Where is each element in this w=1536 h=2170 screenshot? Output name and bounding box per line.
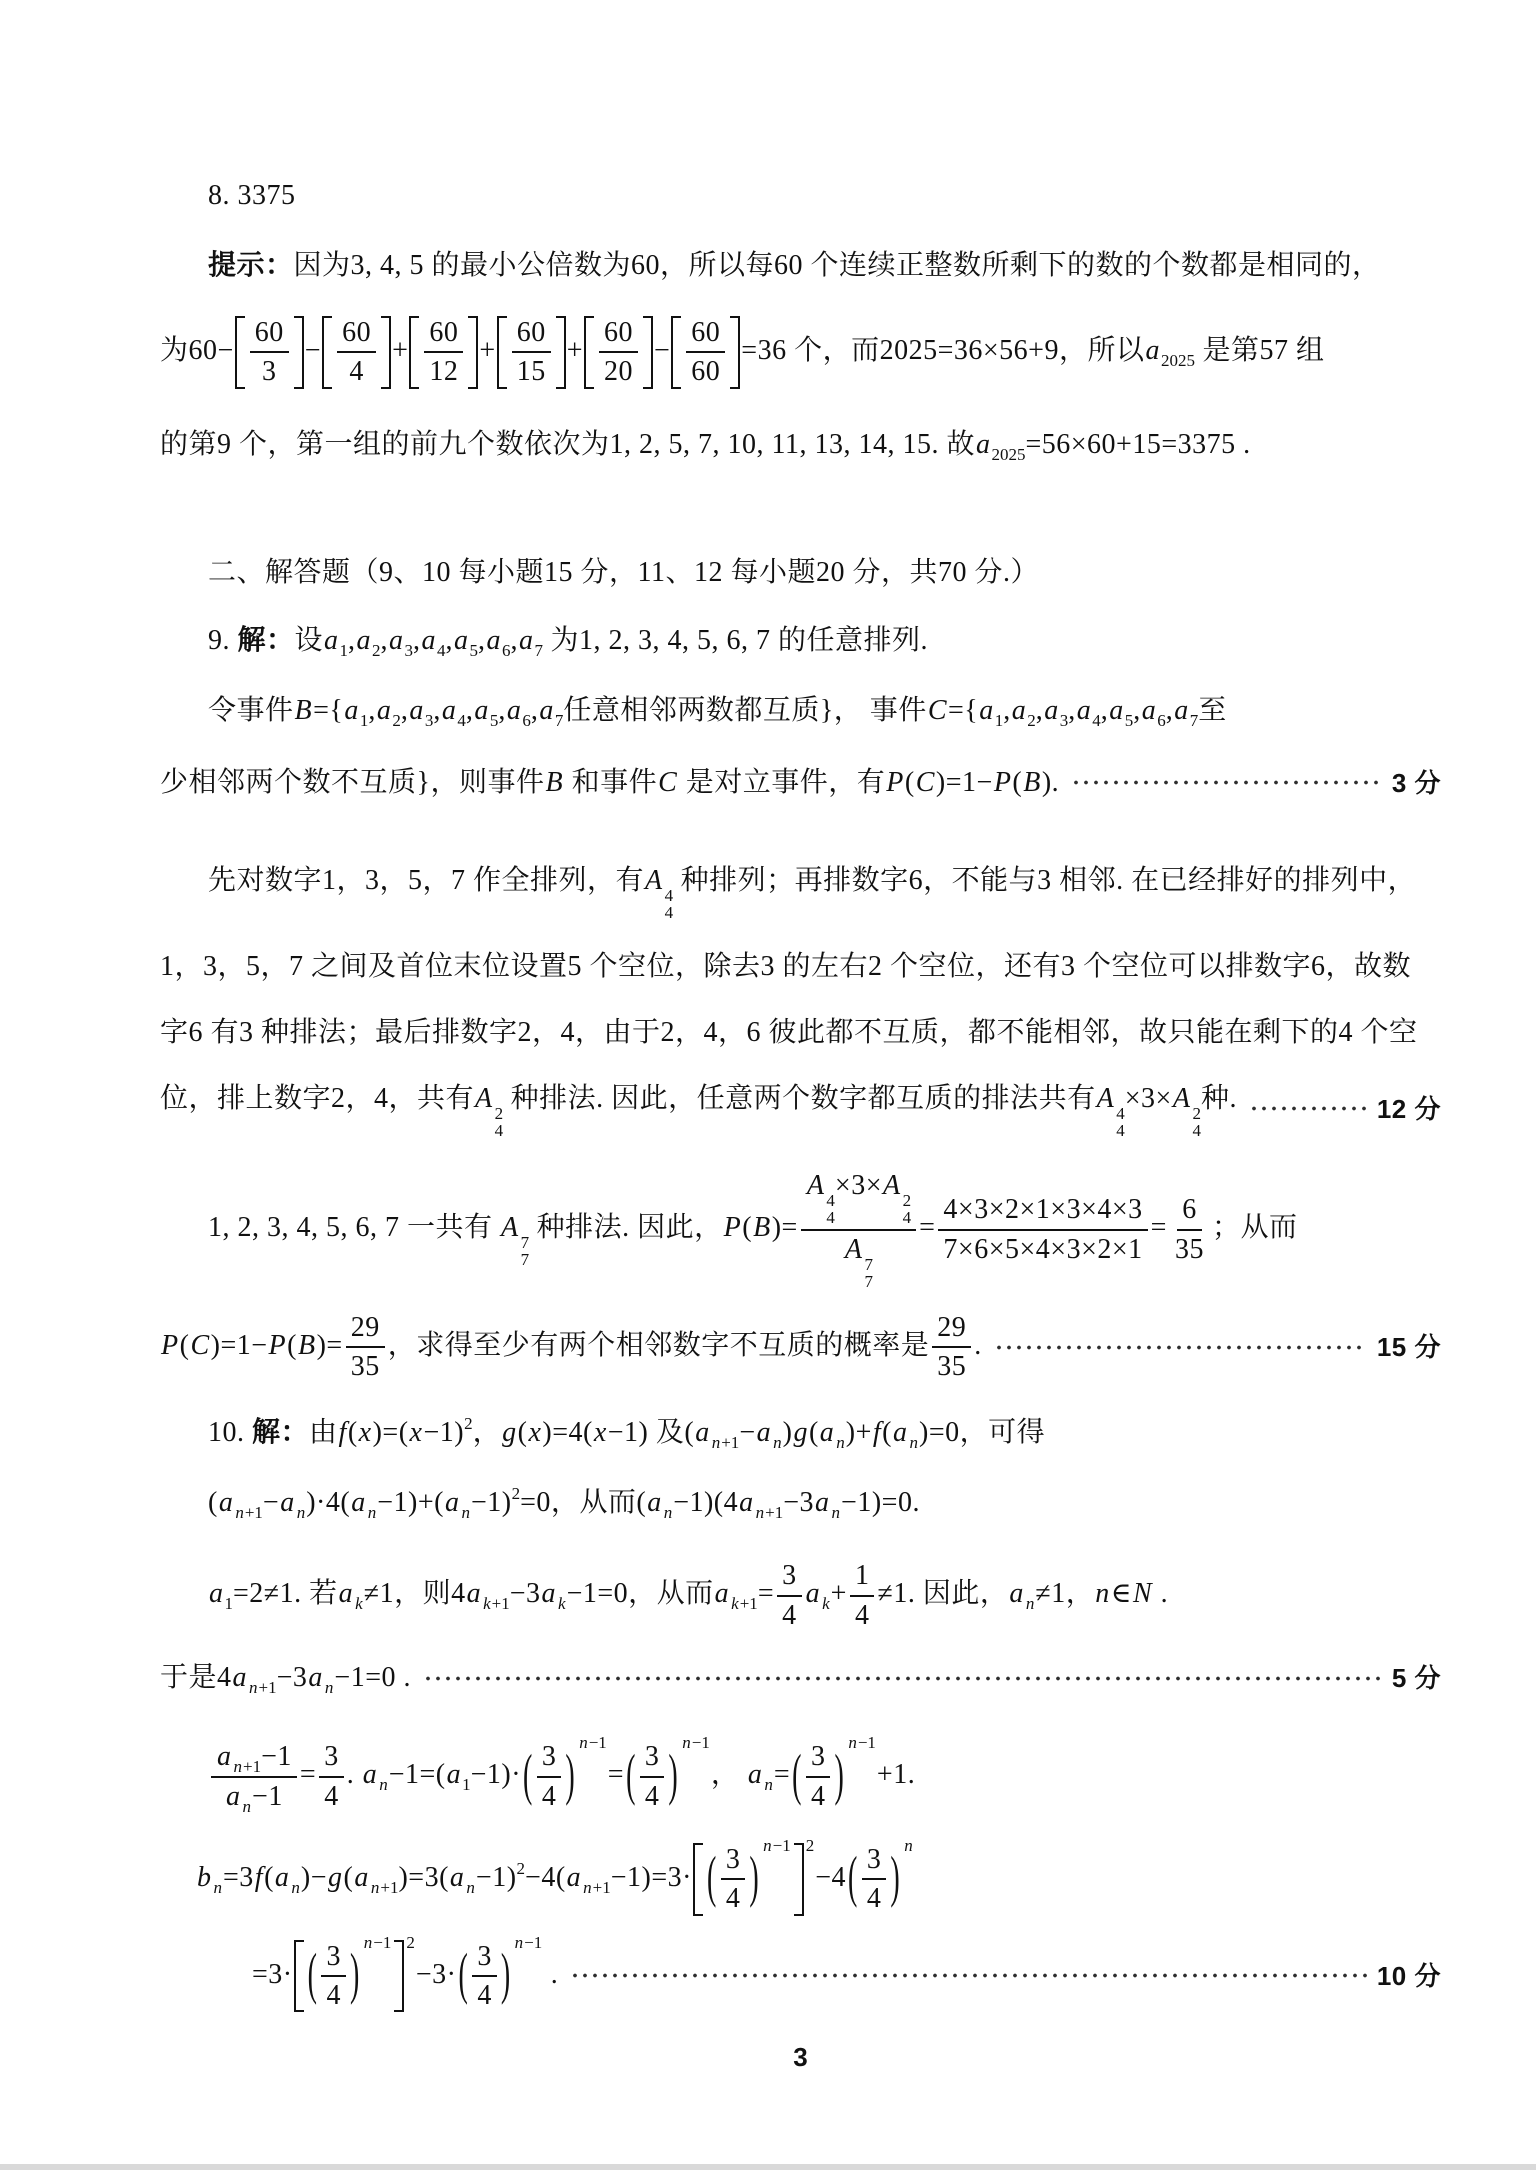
p10-bn-definition: bn=3f(an)−g(an+1)=3(an−1)2−4(an+1−1)=3·(… bbox=[196, 1843, 1441, 1916]
p10-derivation-1: (an+1−an)·4(an−1)+(an−1)2=0，从而(an−1)(4an… bbox=[208, 1483, 1441, 1523]
hint-8-line-3: 的第9 个，第一组的前九个数依次为1, 2, 5, 7, 10, 11, 13,… bbox=[160, 425, 1441, 465]
line-text: 提示：因为3, 4, 5 的最小公倍数为60，所以每60 个连续正整数所剩下的数… bbox=[208, 250, 1381, 281]
answer-8: 8. 3375 bbox=[208, 176, 1441, 216]
line-text: 二、解答题（9、10 每小题15 分，11、12 每小题20 分，共70 分.） bbox=[208, 557, 1039, 588]
dotted-leader bbox=[1071, 780, 1382, 785]
document-page: 8. 3375提示：因为3, 4, 5 的最小公倍数为60，所以每60 个连续正… bbox=[0, 0, 1536, 2170]
line-text: 先对数字1，3，5，7 作全排列，有A44 种排列；再排数字6，不能与3 相邻.… bbox=[208, 865, 1416, 896]
line-text: 8. 3375 bbox=[208, 180, 296, 211]
score-label: 3 分 bbox=[1392, 763, 1441, 803]
line-text: 1，3，5，7 之间及首位末位设置5 个空位，除去3 的左右2 个空位，还有3 … bbox=[160, 951, 1411, 982]
p9-step-line-3: 字6 有3 种排法；最后排数字2，4，由于2，4，6 彼此都不互质，都不能相邻，… bbox=[160, 1013, 1441, 1053]
score-label: 15 分 bbox=[1377, 1327, 1441, 1367]
line-text: 9. 解：设a1,a2,a3,a4,a5,a6,a7 为1, 2, 3, 4, … bbox=[208, 625, 928, 656]
line-text: 字6 有3 种排法；最后排数字2，4，由于2，4，6 彼此都不互质，都不能相邻，… bbox=[160, 1017, 1418, 1048]
dotted-leader bbox=[1249, 1106, 1367, 1111]
dotted-leader bbox=[994, 1345, 1367, 1350]
line-text: 位，排上数字2，4，共有A24 种排法. 因此，任意两个数字都互质的排法共有A4… bbox=[160, 1079, 1237, 1139]
line-text: =3·(34)n−12−3·(34)n−1 . bbox=[252, 1940, 558, 2013]
line-text: 令事件B={a1,a2,a3,a4,a5,a6,a7任意相邻两数都互质}， 事件… bbox=[208, 695, 1227, 726]
line-text: a1=2≠1. 若ak≠1，则4ak+1−3ak−1=0，从而ak+1=34ak… bbox=[208, 1578, 1168, 1609]
p10-recurrence: 于是4an+1−3an−1=0 .5 分 bbox=[160, 1658, 1441, 1698]
page-number: 3 bbox=[160, 2042, 1441, 2073]
p10-setup: 10. 解：由f(x)=(x−1)2，g(x)=4(x−1) 及(an+1−an… bbox=[208, 1413, 1441, 1453]
score-label: 12 分 bbox=[1377, 1089, 1441, 1129]
p9-events-line-2: 少相邻两个数不互质}，则事件B 和事件C 是对立事件，有P(C)=1−P(B).… bbox=[160, 763, 1441, 803]
line-text: P(C)=1−P(B)=2935，求得至少有两个相邻数字不互质的概率是2935. bbox=[160, 1311, 982, 1384]
line-text: bn=3f(an)−g(an+1)=3(an−1)2−4(an+1−1)=3·(… bbox=[196, 1862, 915, 1893]
score-label: 5 分 bbox=[1392, 1658, 1441, 1698]
line-text: 1, 2, 3, 4, 5, 6, 7 一共有 A77 种排法. 因此，P(B)… bbox=[208, 1212, 1297, 1243]
p9-probability-formula: 1, 2, 3, 4, 5, 6, 7 一共有 A77 种排法. 因此，P(B)… bbox=[208, 1169, 1441, 1291]
line-text: 为60−603−604+6012+6015+6020−6060=36 个，而20… bbox=[160, 335, 1324, 366]
line-text: 的第9 个，第一组的前九个数依次为1, 2, 5, 7, 10, 11, 13,… bbox=[160, 429, 1251, 460]
hint-8-formula: 为60−603−604+6012+6015+6020−6060=36 个，而20… bbox=[160, 316, 1441, 389]
line-text: an+1−1an−1=34. an−1=(a1−1)·(34)n−1=(34)n… bbox=[208, 1759, 915, 1790]
scan-edge bbox=[0, 2164, 1536, 2170]
p9-step-line-2: 1，3，5，7 之间及首位末位设置5 个空位，除去3 的左右2 个空位，还有3 … bbox=[160, 947, 1441, 987]
p10-general-term: an+1−1an−1=34. an−1=(a1−1)·(34)n−1=(34)n… bbox=[208, 1740, 1441, 1813]
solution-content: 8. 3375提示：因为3, 4, 5 的最小公倍数为60，所以每60 个连续正… bbox=[160, 176, 1441, 2012]
p10-bn-simplified: =3·(34)n−12−3·(34)n−1 .10 分 bbox=[252, 1940, 1441, 2013]
line-text: 少相邻两个数不互质}，则事件B 和事件C 是对立事件，有P(C)=1−P(B). bbox=[160, 763, 1059, 803]
p9-step-line-4: 位，排上数字2，4，共有A24 种排法. 因此，任意两个数字都互质的排法共有A4… bbox=[160, 1079, 1441, 1139]
p9-step-line-1: 先对数字1，3，5，7 作全排列，有A44 种排列；再排数字6，不能与3 相邻.… bbox=[208, 861, 1441, 921]
p9-conclusion: P(C)=1−P(B)=2935，求得至少有两个相邻数字不互质的概率是2935.… bbox=[160, 1311, 1441, 1384]
section-2-heading: 二、解答题（9、10 每小题15 分，11、12 每小题20 分，共70 分.） bbox=[208, 553, 1441, 593]
score-label: 10 分 bbox=[1377, 1956, 1441, 1996]
dotted-leader bbox=[570, 1973, 1367, 1978]
hint-8-line-1: 提示：因为3, 4, 5 的最小公倍数为60，所以每60 个连续正整数所剩下的数… bbox=[208, 246, 1441, 286]
line-text: 于是4an+1−3an−1=0 . bbox=[160, 1658, 411, 1698]
p10-induction: a1=2≠1. 若ak≠1，则4ak+1−3ak−1=0，从而ak+1=34ak… bbox=[208, 1559, 1441, 1632]
p9-events-line-1: 令事件B={a1,a2,a3,a4,a5,a6,a7任意相邻两数都互质}， 事件… bbox=[208, 691, 1441, 731]
line-text: 10. 解：由f(x)=(x−1)2，g(x)=4(x−1) 及(an+1−an… bbox=[208, 1417, 1045, 1448]
line-text: (an+1−an)·4(an−1)+(an−1)2=0，从而(an−1)(4an… bbox=[208, 1487, 920, 1518]
dotted-leader bbox=[423, 1676, 1382, 1681]
p9-setup: 9. 解：设a1,a2,a3,a4,a5,a6,a7 为1, 2, 3, 4, … bbox=[208, 621, 1441, 661]
